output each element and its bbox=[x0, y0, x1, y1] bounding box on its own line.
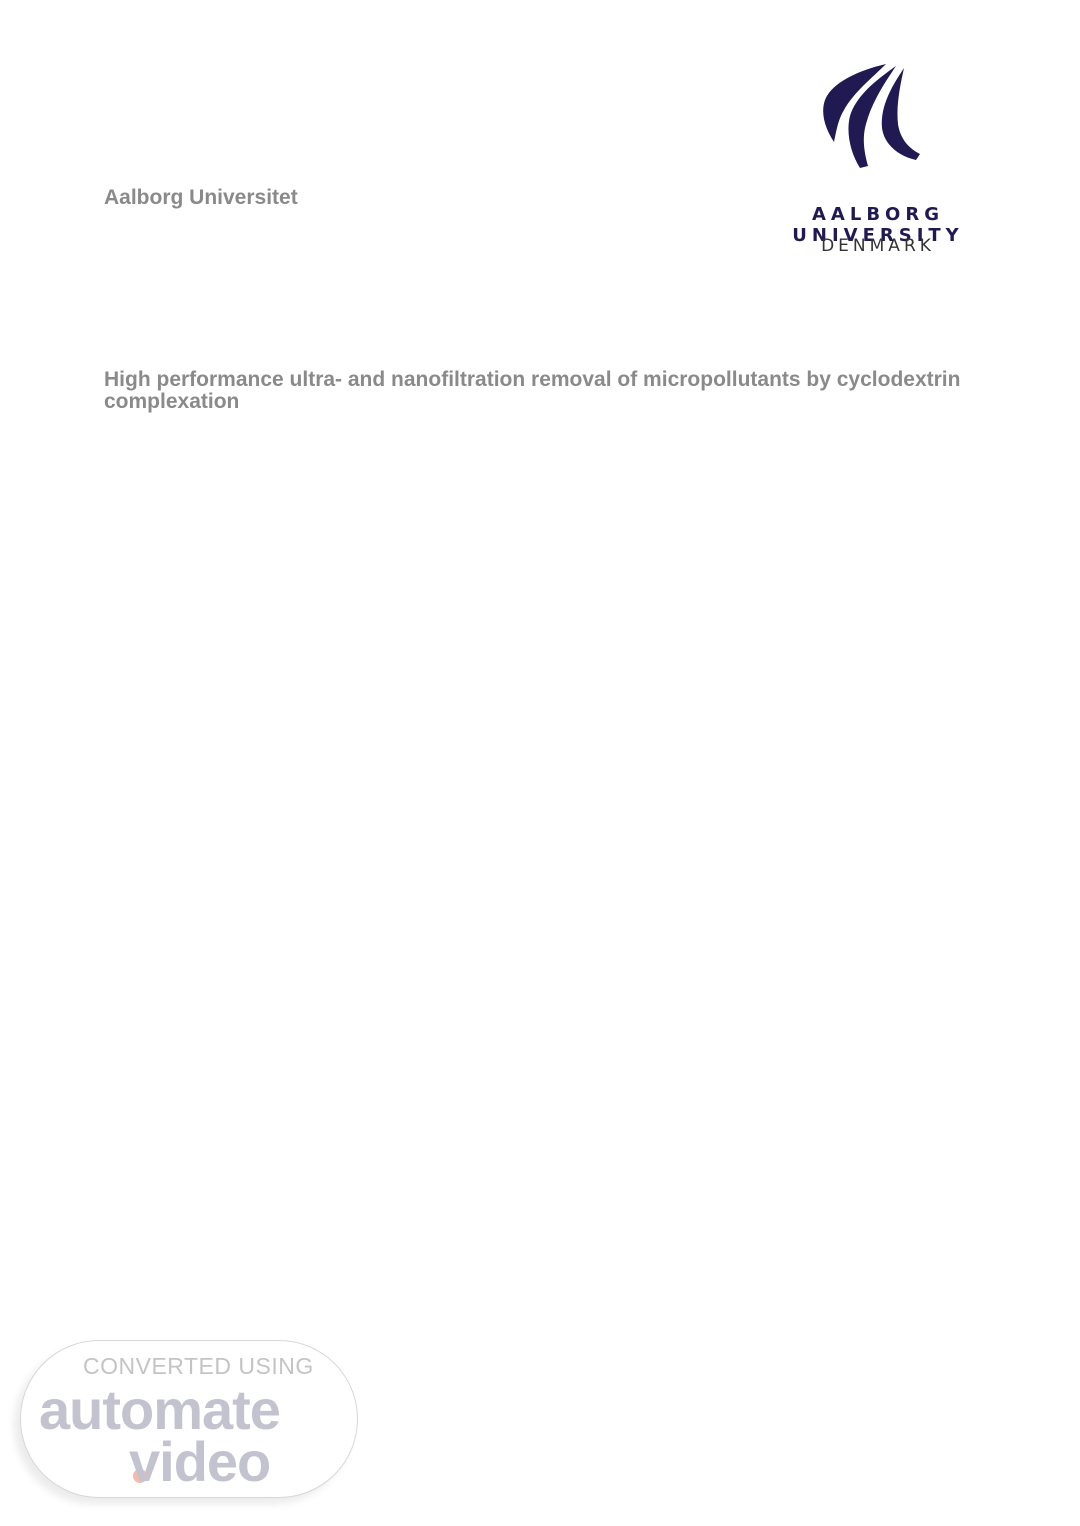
institution-name: Aalborg Universitet bbox=[104, 186, 298, 210]
watermark-brand-suffix: video bbox=[129, 1429, 270, 1494]
document-title: High performance ultra- and nanofiltrati… bbox=[104, 369, 1024, 413]
aalborg-wave-logo-icon bbox=[820, 62, 920, 172]
watermark-top-text: CONVERTED USING bbox=[83, 1353, 314, 1380]
watermark-badge: CONVERTED USING automate video bbox=[20, 1340, 358, 1498]
logo-sub-text: DENMARK bbox=[736, 236, 1020, 256]
university-logo: AALBORG UNIVERSITY DENMARK bbox=[736, 62, 1026, 262]
